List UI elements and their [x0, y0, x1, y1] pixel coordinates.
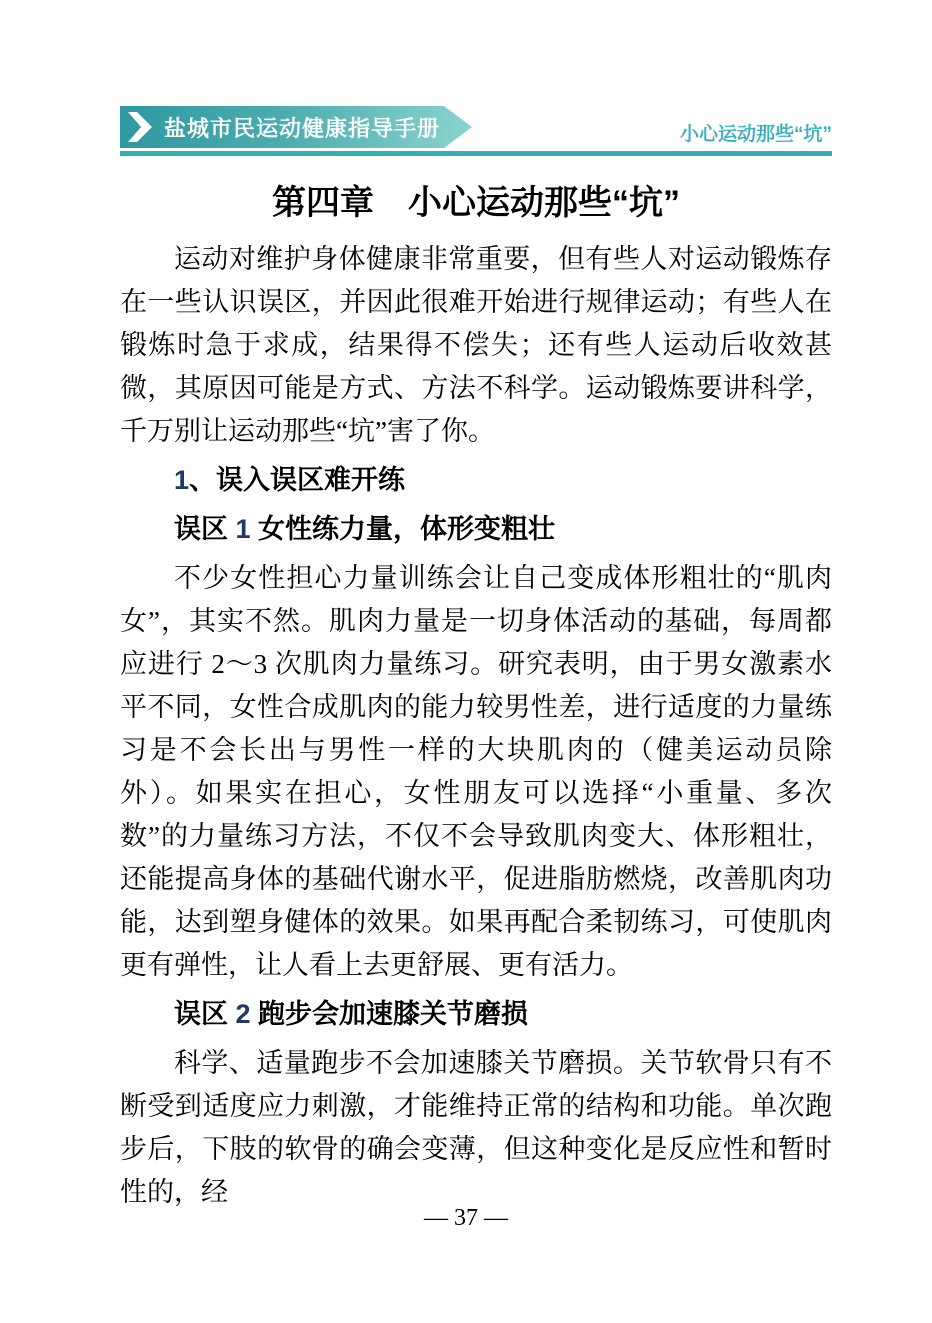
- myth-number: 1: [236, 514, 251, 544]
- myth-1-heading: 误区 1 女性练力量，体形变粗壮: [120, 508, 832, 551]
- section-number: 1: [174, 465, 189, 495]
- myth-1-paragraph: 不少女性担心力量训练会让自己变成体形粗壮的“肌肉女”，其实不然。肌肉力量是一切身…: [120, 557, 832, 987]
- header-banner: 盐城市民运动健康指导手册: [120, 106, 472, 148]
- chapter-title: 第四章 小心运动那些“坑”: [120, 180, 832, 226]
- manual-title: 盐城市民运动健康指导手册: [164, 112, 440, 143]
- page-header: 盐城市民运动健康指导手册 小心运动那些“坑”: [120, 106, 832, 148]
- section-heading-text: 、误入误区难开练: [189, 465, 405, 495]
- myth-2-paragraph: 科学、适量跑步不会加速膝关节磨损。关节软骨只有不断受到适度应力刺激，才能维持正常…: [120, 1042, 832, 1214]
- page-content: 盐城市民运动健康指导手册 小心运动那些“坑” 第四章 小心运动那些“坑” 运动对…: [120, 106, 832, 1214]
- section-heading-1: 1、误入误区难开练: [120, 459, 832, 502]
- intro-paragraph: 运动对维护身体健康非常重要，但有些人对运动锻炼存在一些认识误区，并因此很难开始进…: [120, 238, 832, 453]
- chevron-right-icon: [128, 112, 152, 142]
- myth-label: 误区: [174, 999, 236, 1029]
- myth-label: 误区: [174, 514, 236, 544]
- document-page: 盐城市民运动健康指导手册 小心运动那些“坑” 第四章 小心运动那些“坑” 运动对…: [0, 0, 932, 1323]
- chapter-running-head: 小心运动那些“坑”: [680, 119, 832, 148]
- page-number: — 37 —: [0, 1205, 932, 1232]
- myth-number: 2: [236, 999, 251, 1029]
- myth-heading-text: 跑步会加速膝关节磨损: [251, 999, 529, 1029]
- myth-2-heading: 误区 2 跑步会加速膝关节磨损: [120, 993, 832, 1036]
- myth-heading-text: 女性练力量，体形变粗壮: [251, 514, 556, 544]
- header-rule: [120, 151, 832, 156]
